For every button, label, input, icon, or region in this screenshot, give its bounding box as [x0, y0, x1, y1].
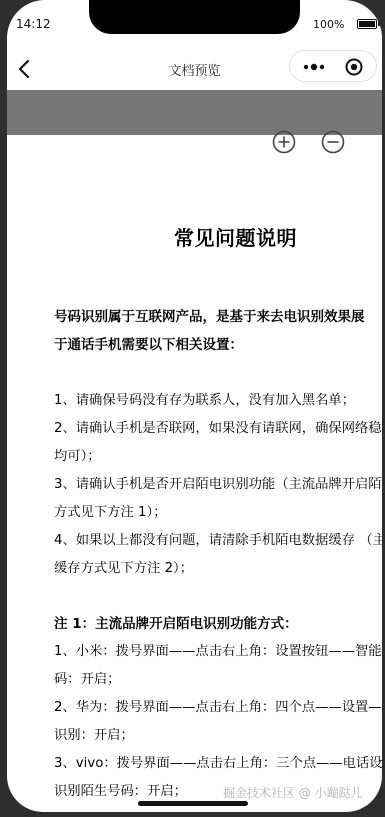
plus-circle-icon: [272, 130, 296, 154]
doc-line: 1、小米：拨号界面——点击右上角：设置按钮——智能识别: [54, 640, 382, 659]
battery-icon: [357, 19, 377, 29]
battery-percent: 100%: [313, 18, 344, 31]
doc-line: 2、华为：拨号界面——点击右上角：四个点——设置——陌: [54, 696, 382, 715]
more-button[interactable]: [302, 59, 330, 73]
doc-line: 识别：开启；: [54, 724, 134, 743]
zoom-out-button[interactable]: [321, 130, 345, 154]
doc-line: 号码识别属于互联网产品，是基于来去电识别效果展: [54, 305, 365, 325]
doc-line: 缓存方式见下方注 2）；: [54, 557, 193, 576]
doc-line: 3、vivo：拨号界面——点击右上角：三个点——电话设置——: [54, 752, 382, 771]
zoom-in-button[interactable]: [272, 130, 296, 154]
doc-line: 方式见下方注 1）；: [54, 501, 166, 520]
minus-circle-icon: [321, 130, 345, 154]
nav-bar: 文档预览: [7, 48, 382, 90]
phone-screen: 14:12 100% 文档预览 常见问题说明 号码识别属于互联网产品，是基于来去…: [7, 0, 382, 812]
toolbar-bar: [7, 90, 382, 135]
doc-line: 码：开启；: [54, 668, 120, 687]
home-indicator[interactable]: [138, 801, 248, 806]
doc-line: 注 1：主流品牌开启陌电识别功能方式：: [54, 612, 298, 632]
doc-line: 1、请确保号码没有存为联系人，没有加入黑名单；: [54, 389, 355, 408]
doc-line: 于通话手机需要以下相关设置：: [54, 333, 243, 353]
close-miniprogram-button[interactable]: [344, 57, 364, 77]
doc-line: 均可）；: [54, 445, 101, 464]
doc-line: 识别陌生号码：开启；: [54, 780, 187, 799]
mini-program-capsule: [289, 50, 377, 82]
status-time: 14:12: [16, 17, 51, 31]
doc-line: 4、如果以上都没有问题，请清除手机陌电数据缓存 （主流品: [54, 529, 382, 548]
more-dots-icon: [302, 60, 330, 74]
doc-line: 2、请确认手机是否联网，如果没有请联网，确保网络稳定（4G: [54, 417, 382, 436]
notch: [89, 0, 300, 34]
doc-line: 3、请确认手机是否开启陌电识别功能（主流品牌开启陌电识: [54, 473, 382, 492]
watermark: 掘金技术社区 @ 小蹦跶儿: [223, 784, 363, 801]
document-title: 常见问题说明: [174, 222, 297, 251]
target-circle-icon: [344, 57, 364, 77]
